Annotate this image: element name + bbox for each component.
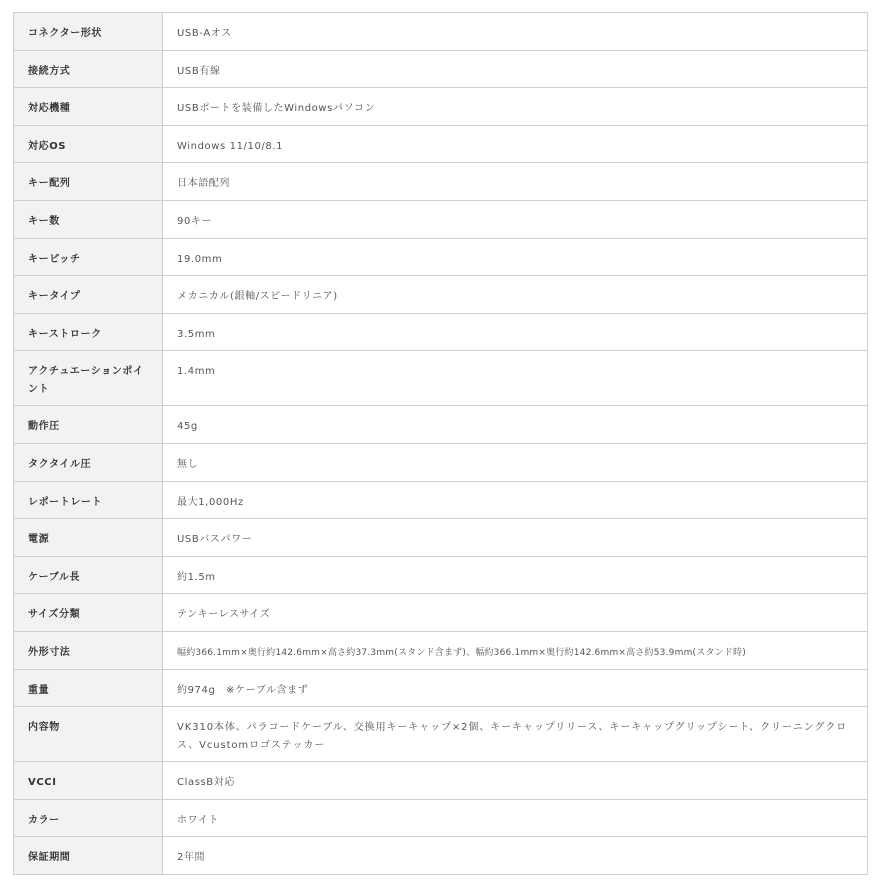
spec-label: キーピッチ [14,238,163,276]
spec-value: 幅約366.1mm×奥行約142.6mm×高さ約37.3mm(スタンド含まず)、… [163,631,868,669]
table-row: 対応機種 USBポートを装備したWindowsパソコン [14,88,868,126]
table-row: サイズ分類 テンキーレスサイズ [14,594,868,632]
spec-value: 2年間 [163,837,868,875]
table-row: キーピッチ 19.0mm [14,238,868,276]
spec-value: 1.4mm [163,351,868,406]
table-row: 接続方式 USB有線 [14,50,868,88]
spec-label: キー配列 [14,163,163,201]
spec-label: 保証期間 [14,837,163,875]
spec-value: 45g [163,406,868,444]
table-row: カラー ホワイト [14,799,868,837]
table-row: VCCI ClassB対応 [14,762,868,800]
spec-value: USBバスパワー [163,519,868,557]
table-row: 重量 約974g ※ケーブル含まず [14,669,868,707]
spec-value: 約974g ※ケーブル含まず [163,669,868,707]
table-row: タクタイル圧 無し [14,443,868,481]
table-row: 外形寸法 幅約366.1mm×奥行約142.6mm×高さ約37.3mm(スタンド… [14,631,868,669]
table-row: 対応OS Windows 11/10/8.1 [14,125,868,163]
spec-label: 重量 [14,669,163,707]
spec-value: USB-Aオス [163,13,868,51]
spec-value: 3.5mm [163,313,868,351]
spec-value: USB有線 [163,50,868,88]
table-row: キー配列 日本語配列 [14,163,868,201]
table-row: レポートレート 最大1,000Hz [14,481,868,519]
spec-label: 電源 [14,519,163,557]
spec-label: ケーブル長 [14,556,163,594]
spec-value: USBポートを装備したWindowsパソコン [163,88,868,126]
spec-label: 対応OS [14,125,163,163]
spec-value: 最大1,000Hz [163,481,868,519]
table-row: 動作圧 45g [14,406,868,444]
spec-label: キーストローク [14,313,163,351]
spec-label: キータイプ [14,276,163,314]
spec-value: メカニカル(銀軸/スピードリニア) [163,276,868,314]
spec-table: コネクター形状 USB-Aオス 接続方式 USB有線 対応機種 USBポートを装… [13,12,868,875]
spec-label: タクタイル圧 [14,443,163,481]
spec-value: 19.0mm [163,238,868,276]
spec-value: ClassB対応 [163,762,868,800]
spec-value: Windows 11/10/8.1 [163,125,868,163]
spec-label: コネクター形状 [14,13,163,51]
spec-label: キー数 [14,200,163,238]
spec-label: 外形寸法 [14,631,163,669]
table-row: キー数 90キー [14,200,868,238]
table-row: キータイプ メカニカル(銀軸/スピードリニア) [14,276,868,314]
table-row: 保証期間 2年間 [14,837,868,875]
spec-value: 90キー [163,200,868,238]
spec-value: 日本語配列 [163,163,868,201]
spec-value: 無し [163,443,868,481]
spec-label: 対応機種 [14,88,163,126]
spec-label: アクチュエーションポイント [14,351,163,406]
table-row: キーストローク 3.5mm [14,313,868,351]
table-row: コネクター形状 USB-Aオス [14,13,868,51]
spec-label: VCCI [14,762,163,800]
spec-label: 内容物 [14,707,163,762]
spec-value: 約1.5m [163,556,868,594]
spec-value: VK310本体、パラコードケーブル、交換用キーキャップ×2個、キーキャップリリー… [163,707,868,762]
table-row: 電源 USBバスパワー [14,519,868,557]
table-row: ケーブル長 約1.5m [14,556,868,594]
spec-label: サイズ分類 [14,594,163,632]
spec-value: ホワイト [163,799,868,837]
table-row: 内容物 VK310本体、パラコードケーブル、交換用キーキャップ×2個、キーキャッ… [14,707,868,762]
spec-label: 接続方式 [14,50,163,88]
spec-value: テンキーレスサイズ [163,594,868,632]
spec-label: レポートレート [14,481,163,519]
spec-label: カラー [14,799,163,837]
table-row: アクチュエーションポイント 1.4mm [14,351,868,406]
spec-label: 動作圧 [14,406,163,444]
